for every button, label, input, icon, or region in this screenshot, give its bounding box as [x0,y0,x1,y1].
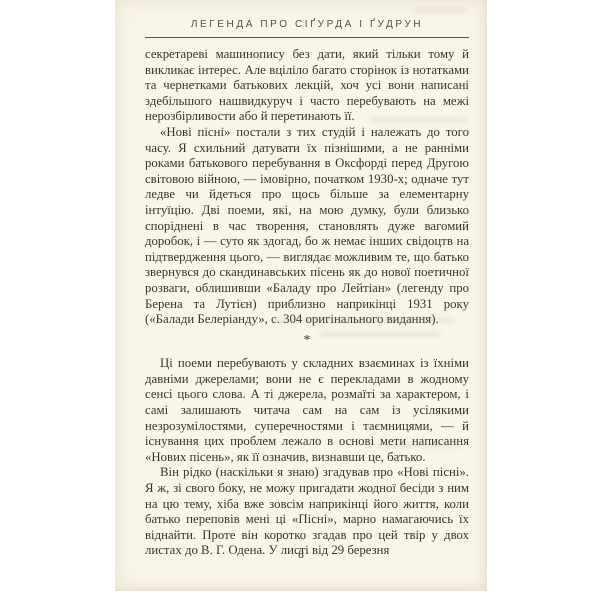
show-through-artifact [377,443,461,448]
paragraph-1: секретареві машинопису без дати, який ті… [145,47,469,125]
header-rule [145,37,469,38]
page-number: 8 [115,549,487,561]
book-page: ЛЕГЕНДА ПРО СІҐУРДА І ҐУДРУН секретареві… [115,0,487,591]
paragraph-2: «Нові пісні» постали з тих студій і нале… [145,125,469,328]
scan-background: ЛЕГЕНДА ПРО СІҐУРДА І ҐУДРУН секретареві… [0,0,600,600]
page-body: секретареві машинопису без дати, який ті… [145,47,469,559]
show-through-artifact [320,332,440,337]
show-through-artifact [415,8,467,13]
running-header: ЛЕГЕНДА ПРО СІҐУРДА І ҐУДРУН [145,19,469,30]
show-through-artifact [370,117,466,122]
paragraph-4: Він рідко (наскільки я знаю) згадував пр… [145,465,469,559]
show-through-artifact [275,318,455,323]
paragraph-3: Ці поеми перебувають у складних взаємина… [145,356,469,465]
